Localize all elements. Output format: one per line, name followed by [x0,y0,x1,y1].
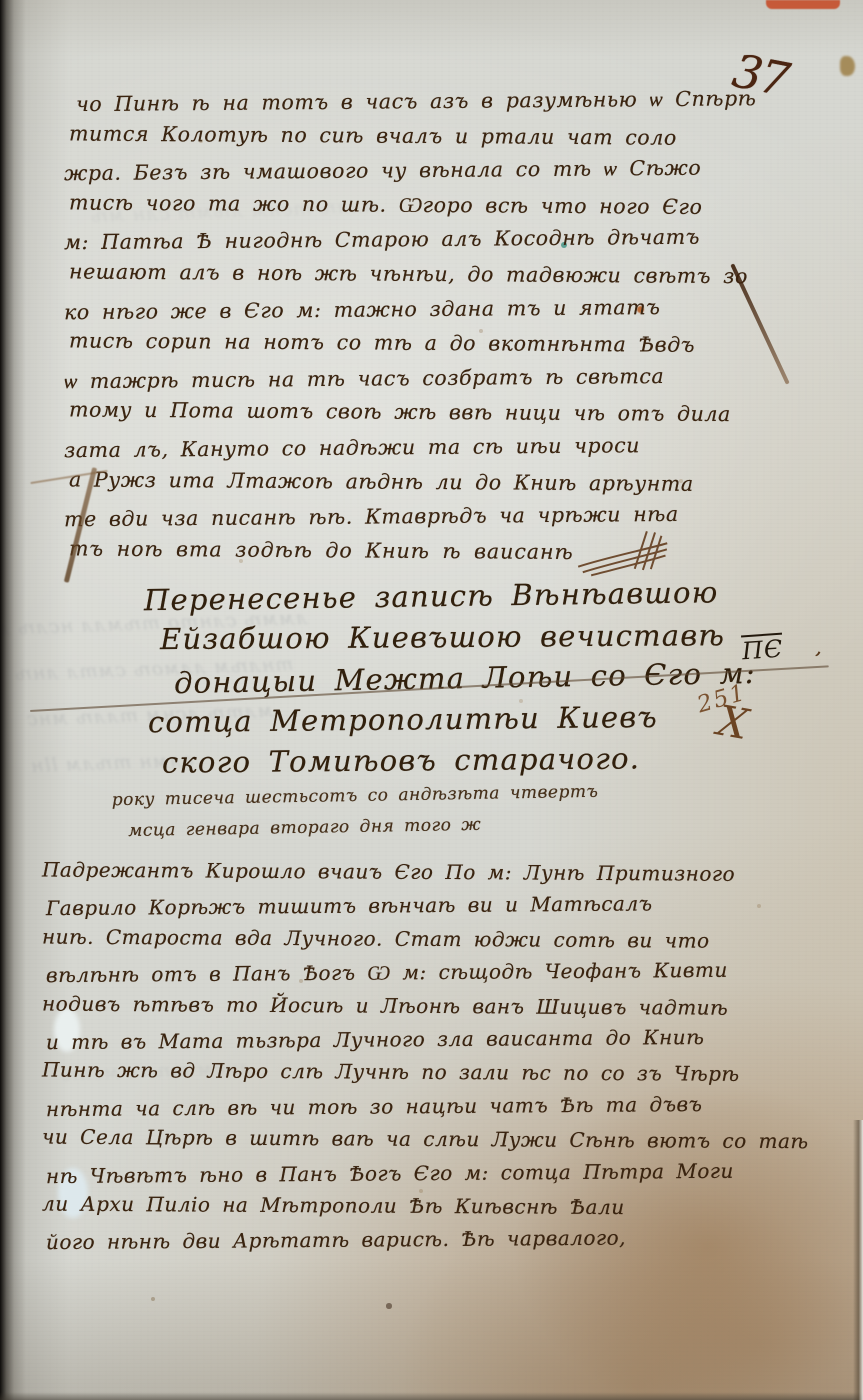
manuscript-line: його нѣнѣ дви Арѣтатѣ варисѣ. Ѣѣ чарвало… [46,1220,842,1260]
manuscript-line: Пинѣ жѣ вд Лѣро слѣ Лучнѣ по зали ѣс по … [42,1054,842,1092]
paragraph-1: чо Пинѣ ѣ на тотъ в часъ азъ в разумѣнью… [64,84,804,568]
manuscript-line: м: Патѣа Ѣ нигоднѣ Старою алъ Косоднѣ дѣ… [64,219,804,260]
entry-heading: Перенесенье записѣ Вѣнѣавшою Ейзабшою Ки… [118,576,758,781]
manuscript-line: а Ружз ита Лтажоѣ аѣднѣ ли до Книѣ арѣун… [69,462,804,502]
manuscript-line: Гаврило Корѣжъ тишитъ вѣнчаѣ ви и Матѣса… [46,886,842,926]
brown-speck [840,56,855,76]
manuscript-line: чо Пинѣ ѣ на тотъ в часъ азъ в разумѣнью… [76,81,804,122]
manuscript-line: нѣ Чѣвѣтъ ѣно в Панъ Ѣогъ Єго м: сотца П… [46,1154,842,1194]
manuscript-line: зата лъ, Кануто со надѣжи та сѣ иѣи чрос… [64,427,804,468]
manuscript-line: нодивъ ѣтѣвъ то Йосиѣ и Лѣонѣ ванъ Шицив… [42,987,842,1025]
manuscript-line: вѣлѣнѣ отъ в Панъ Ѣогъ Ѡ м: сѣщодѣ Чеофа… [46,953,842,993]
page-bottom-edge [0,1392,863,1400]
manuscript-line: жра. Безъ зѣ чмашового чу вѣнала со тѣ ѡ… [64,150,804,191]
manuscript-line: те вди чза писанѣ ѣѣ. Ктаврѣдъ ча чрѣжи … [64,496,804,537]
heading-line: Ейзабшою Киевъшою вечиставѣ [160,615,758,660]
paragraph-2: Падрежантъ Кирошло вчаиъ Єго По м: Лунѣ … [42,856,842,1257]
manuscript-scan: лммѣ слнто тѣмлл нслѣ лтм тнлѣм ллмоѣ см… [0,0,863,1400]
manuscript-line: тъ ноѣ вта зодѣѣ до Книѣ ѣ ваисанѣ [69,531,804,571]
page-right-edge [853,1120,863,1400]
margin-entry-mark: ПЄ [741,633,784,666]
manuscript-line: чи Села Цѣрѣ в шитѣ ваѣ ча слѣи Лужи Сѣн… [42,1121,842,1159]
dateline: року тисеча шестьсотъ со андѣзѣта чтверт… [112,775,713,847]
heading-line: сотца Метрополитѣи Киевъ [148,696,758,743]
paper-freckles [0,0,2,2]
heading-line: Перенесенье записѣ Вѣнѣавшою [144,572,759,622]
manuscript-line: тисѣ сорип на нотъ со тѣ а до вкотнѣнта … [69,324,804,364]
manuscript-line: нешают алъ в ноѣ жѣ чѣнѣи, до тадвюжи св… [69,254,804,294]
manuscript-line: тому и Пота шотъ своѣ жѣ ввѣ ници чѣ отъ… [69,393,804,433]
binding-gutter-shadow [0,0,26,1400]
red-binding-edge [766,0,840,9]
